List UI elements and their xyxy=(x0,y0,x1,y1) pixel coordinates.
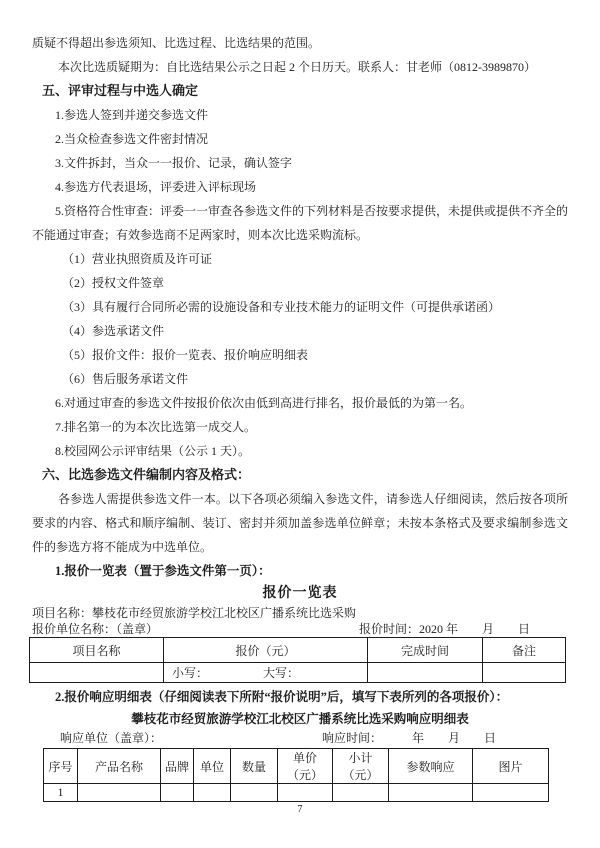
quote-unit-label: 报价单位名称：（盖章） xyxy=(32,621,158,637)
required-material-1: （1）营业执照资质及许可证 xyxy=(32,247,568,271)
response-cell-brand-empty xyxy=(161,784,194,802)
quote-header-project-name: 项目名称 xyxy=(30,638,164,663)
quote-cell-project-name-empty xyxy=(30,663,164,683)
review-step-6: 6.对通过审查的参选文件按报价依次由低到高进行排名，报价最低的为第一名。 xyxy=(32,391,568,415)
response-time-label: 响应时间： 年 月 日 xyxy=(322,729,496,748)
paragraph-objection-scope: 质疑不得超出参选须知、比选过程、比选结果的范围。 xyxy=(32,31,568,55)
response-cell-seq: 1 xyxy=(44,784,78,802)
required-material-4: （4）参选承诺文件 xyxy=(32,319,568,343)
response-cell-subtotal-empty xyxy=(333,784,389,802)
response-table-data-row: 1 xyxy=(44,784,549,802)
response-header-unit-price: 单价（元） xyxy=(278,749,333,784)
quote-header-completion-time: 完成时间 xyxy=(368,638,483,663)
response-table-caption: 2.报价响应明细表（仔细阅读表下所附“报价说明”后，填写下表所列的各项报价）： xyxy=(32,685,568,709)
paragraph-document-requirements: 各参选人需提供参选文件一本。以下各项必须编入参选文件，请参选人仔细阅读，然后按各… xyxy=(32,487,568,559)
response-unit-time-line: 响应单位（盖章）： 响应时间： 年 月 日 xyxy=(32,729,568,748)
response-cell-unit-price-empty xyxy=(278,784,333,802)
response-unit-label: 响应单位（盖章）： xyxy=(60,729,162,748)
response-header-quantity: 数量 xyxy=(231,749,278,784)
required-material-5: （5）报价文件：报价一览表、报价响应明细表 xyxy=(32,343,568,367)
required-material-2: （2）授权文件签章 xyxy=(32,271,568,295)
document-page: 质疑不得超出参选须知、比选过程、比选结果的范围。 本次比选质疑期为：自比选结果公… xyxy=(0,0,600,848)
review-step-7: 7.排名第一的为本次比选第一成交人。 xyxy=(32,415,568,439)
page-number: 7 xyxy=(32,805,568,815)
review-step-4: 4.参选方代表退场，评委进入评标现场 xyxy=(32,175,568,199)
quote-header-remark: 备注 xyxy=(483,638,566,663)
paragraph-objection-period: 本次比选质疑期为：自比选结果公示之日起 2 个日历天。联系人：甘老师（0812-… xyxy=(32,55,568,79)
section-5-heading: 五、评审过程与中选人确定 xyxy=(32,79,568,103)
response-header-product-name: 产品名称 xyxy=(78,749,161,784)
quote-time-label: 报价时间：2020 年 月 日 xyxy=(359,621,530,637)
response-header-subtotal: 小计（元） xyxy=(333,749,389,784)
required-material-3: （3）具有履行合同所必需的设施设备和专业技术能力的证明文件（可提供承诺函） xyxy=(32,295,568,319)
price-lowercase-label: 小写： xyxy=(172,664,208,681)
quote-project-name-line: 项目名称：攀枝花市经贸旅游学校江北校区广播系统比选采购 xyxy=(32,605,568,621)
response-cell-quantity-empty xyxy=(231,784,278,802)
section-6-heading: 六、比选参选文件编制内容及格式： xyxy=(32,463,568,487)
quote-header-price: 报价（元） xyxy=(164,638,368,663)
quote-unit-time-line: 报价单位名称：（盖章） 报价时间：2020 年 月 日 xyxy=(32,621,568,637)
response-cell-unit-empty xyxy=(194,784,231,802)
quote-table-title: 报价一览表 xyxy=(32,583,568,605)
review-step-3: 3.文件拆封，当众一一报价、记录，确认签字 xyxy=(32,151,568,175)
price-uppercase-label: 大写： xyxy=(263,664,299,681)
quote-table-data-row: 小写： 大写： xyxy=(30,663,566,683)
response-cell-parameter-response-empty xyxy=(389,784,473,802)
response-header-parameter-response: 参数响应 xyxy=(389,749,473,784)
review-step-2: 2.当众检查参选文件密封情况 xyxy=(32,127,568,151)
response-table-title: 攀枝花市经贸旅游学校江北校区广播系统比选采购响应明细表 xyxy=(32,709,568,729)
quote-table-caption: 1.报价一览表（置于参选文件第一页）： xyxy=(32,559,568,583)
review-step-8: 8.校园网公示评审结果（公示 1 天）。 xyxy=(32,439,568,463)
response-header-unit: 单位 xyxy=(194,749,231,784)
response-cell-picture-empty xyxy=(473,784,549,802)
required-material-6: （6）售后服务承诺文件 xyxy=(32,367,568,391)
response-header-picture: 图片 xyxy=(473,749,549,784)
response-cell-product-name-empty xyxy=(78,784,161,802)
quote-table-header-row: 项目名称 报价（元） 完成时间 备注 xyxy=(30,638,566,663)
quote-cell-price: 小写： 大写： xyxy=(164,663,368,683)
quote-cell-completion-time-empty xyxy=(368,663,483,683)
response-table-header-row: 序号 产品名称 品牌 单位 数量 单价（元） 小计（元） 参数响应 图片 xyxy=(44,749,549,784)
review-step-5: 5.资格符合性审查：评委一一审查各参选文件的下列材料是否按要求提供，未提供或提供… xyxy=(32,199,568,247)
response-header-brand: 品牌 xyxy=(161,749,194,784)
quote-summary-table: 项目名称 报价（元） 完成时间 备注 小写： 大写： xyxy=(29,637,566,683)
response-detail-table: 序号 产品名称 品牌 单位 数量 单价（元） 小计（元） 参数响应 图片 1 xyxy=(43,748,549,802)
review-step-1: 1.参选人签到并递交参选文件 xyxy=(32,103,568,127)
response-header-seq: 序号 xyxy=(44,749,78,784)
quote-cell-remark-empty xyxy=(483,663,566,683)
